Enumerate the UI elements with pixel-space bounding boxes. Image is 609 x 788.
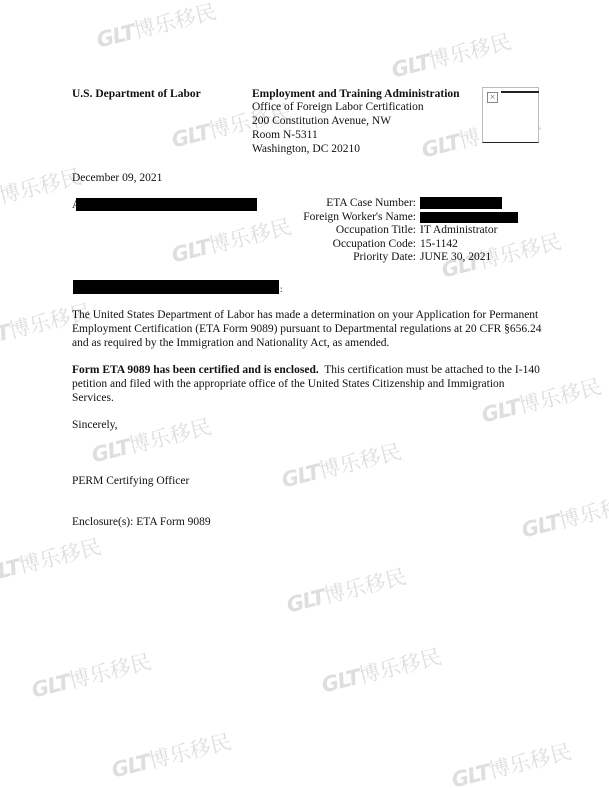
department-name: U.S. Department of Labor	[72, 88, 201, 102]
closing: Sincerely,	[72, 419, 118, 433]
enclosure-line: Enclosure(s): ETA Form 9089	[72, 516, 211, 530]
salutation-redaction	[73, 280, 279, 294]
watermark-logo: GLT博乐移民	[0, 531, 104, 590]
address-line: Room N-5311	[252, 129, 318, 143]
field-row-occupation-title: Occupation Title: IT Administrator	[250, 224, 530, 238]
watermark-logo: GLT博乐移民	[518, 486, 609, 545]
body-paragraph-2: Form ETA 9089 has been certified and is …	[72, 363, 542, 405]
watermark-logo: GLT博乐移民	[28, 646, 154, 705]
field-value: 15-1142	[420, 238, 530, 252]
certified-statement: Form ETA 9089 has been certified and is …	[72, 364, 319, 376]
address-line: Office of Foreign Labor Certification	[252, 101, 424, 115]
letter-date: December 09, 2021	[72, 172, 162, 186]
field-label: Foreign Worker's Name:	[250, 211, 420, 225]
case-fields: ETA Case Number: Foreign Worker's Name: …	[250, 197, 530, 265]
field-label: Occupation Code:	[250, 238, 420, 252]
watermark-logo: GLT博乐移民	[283, 561, 409, 620]
case-number-redaction	[420, 197, 502, 209]
field-value: IT Administrator	[420, 224, 530, 238]
broken-image-icon: ×	[487, 92, 498, 103]
field-row-priority-date: Priority Date: JUNE 30, 2021	[250, 251, 530, 265]
watermark-logo: GLT博乐移民	[93, 0, 219, 54]
watermark-logo: GLT博乐移民	[278, 436, 404, 495]
seal-placeholder-line	[501, 91, 539, 93]
field-value: JUNE 30, 2021	[420, 251, 530, 265]
watermark-logo: GLT博乐移民	[318, 641, 444, 700]
salutation-suffix: :	[280, 283, 283, 297]
watermark-logo: GLT博乐移民	[388, 26, 514, 85]
field-label: Occupation Title:	[250, 224, 420, 238]
field-label: ETA Case Number:	[250, 197, 420, 211]
watermark-logo: GLT博乐移民	[108, 726, 234, 785]
field-row-case-number: ETA Case Number:	[250, 197, 530, 211]
worker-name-redaction	[420, 212, 518, 223]
address-line: 200 Constitution Avenue, NW	[252, 115, 391, 129]
recipient-redaction	[76, 198, 257, 211]
field-value	[420, 197, 530, 211]
seal-image: ×	[482, 87, 539, 143]
letter-page: GLT博乐移民GLT博乐移民GLT博乐移民GLT博乐移民GLT博乐移民GLT博乐…	[0, 0, 609, 788]
address-line: Washington, DC 20210	[252, 143, 360, 157]
watermark-logo: GLT博乐移民	[448, 736, 574, 788]
field-value	[420, 211, 530, 225]
body-paragraph-1: The United States Department of Labor ha…	[72, 308, 542, 350]
agency-name: Employment and Training Administration	[252, 88, 460, 102]
field-label: Priority Date:	[250, 251, 420, 265]
field-row-occupation-code: Occupation Code: 15-1142	[250, 238, 530, 252]
field-row-worker-name: Foreign Worker's Name:	[250, 211, 530, 225]
signer-title: PERM Certifying Officer	[72, 475, 189, 489]
